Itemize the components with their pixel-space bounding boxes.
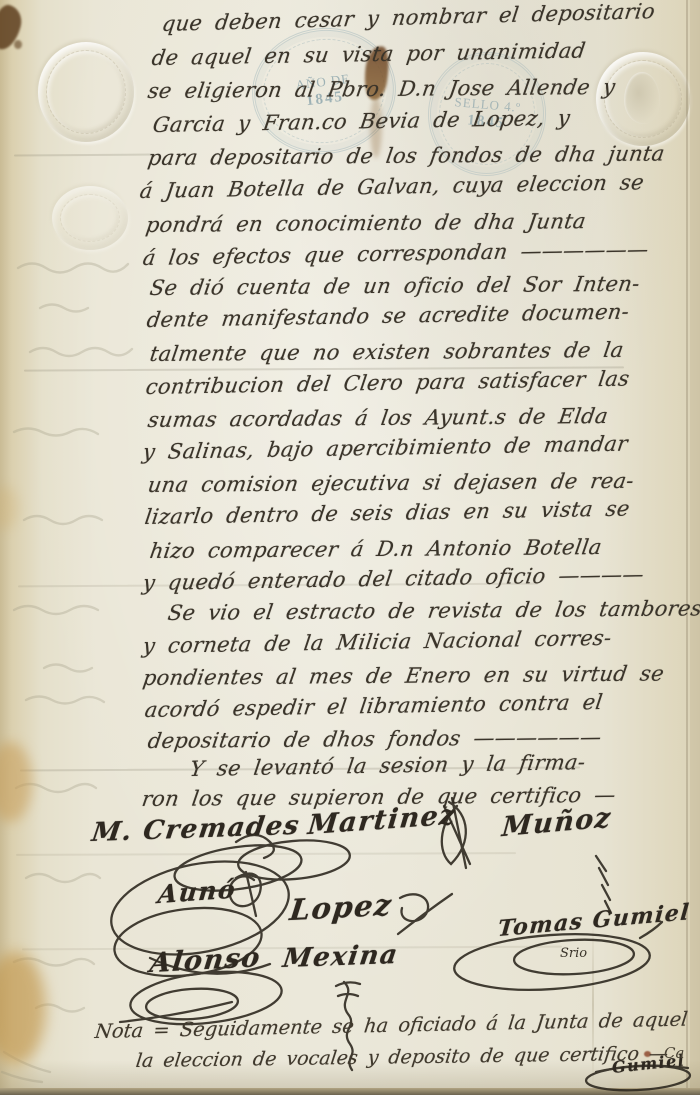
manuscript-line: que deben cesar y nombrar el depositario [160, 0, 656, 36]
manuscript-line: para depositario de los fondos de dha ju… [146, 141, 666, 170]
page-right-margin-edge [690, 0, 700, 1095]
ink-blot-dot [14, 40, 22, 49]
embossed-seal-top-left [38, 42, 134, 142]
manuscript-line: se eligieron al Pbro. D.n Jose Allende y [146, 75, 617, 103]
page-right-edge-line [686, 0, 688, 1095]
manuscript-line: lizarlo dentro de seis dias en su vista … [143, 497, 631, 530]
signature: Alonso [148, 942, 263, 979]
manuscript-line: contribucion del Clero para satisfacer l… [144, 367, 631, 400]
manuscript-line: Se dió cuenta de un oficio del Sor Inten… [148, 272, 641, 300]
signature: Lopez [288, 888, 395, 928]
manuscript-line: sumas acordadas á los Ayunt.s de Elda [146, 404, 610, 432]
bottom-page-edge [0, 1088, 700, 1095]
foxing-stain [0, 742, 32, 822]
manuscript-line: y Salinas, bajo apercibimiento de mandar [141, 432, 629, 465]
signature: Tomas Gumiel [497, 899, 691, 942]
signature: Aunó [156, 874, 237, 909]
foxing-stain-large [0, 952, 46, 1064]
embossed-seal-portrait [596, 52, 690, 146]
bleed-ruled-line [14, 154, 154, 157]
manuscript-line: y corneta de la Milicia Nacional corres- [141, 626, 613, 658]
signature: M. Cremades [90, 811, 302, 848]
catchword: Ca [664, 1044, 684, 1062]
signature: Mexina [281, 940, 401, 974]
manuscript-line: pondrá en conocimiento de dha Junta [144, 209, 588, 237]
embossed-seal-left-faint [52, 186, 128, 250]
signature: Muñoz [501, 802, 613, 843]
signature-title: Srio [560, 946, 587, 961]
manuscript-page: AÑO DE 1845 SELLO 4.º 1845 [0, 0, 700, 1095]
manuscript-line: á los efectos que correspondan —————— [141, 237, 650, 270]
note-line: Nota = Seguidamente se ha oficiado á la … [94, 1008, 689, 1043]
manuscript-line: talmente que no existen sobrantes de la [148, 338, 625, 366]
manuscript-line: Se vio el estracto de revista de los tam… [166, 596, 700, 625]
manuscript-line: acordó espedir el libramiento contra el [143, 690, 604, 722]
manuscript-line: dente manifestando se acredite documen- [145, 300, 631, 332]
manuscript-line: una comision ejecutiva si dejasen de rea… [146, 469, 635, 497]
bleed-ruled-line [16, 852, 516, 856]
manuscript-line: á Juan Botella de Galvan, cuya eleccion … [138, 170, 645, 203]
manuscript-line: depositario de dhos fondos —————— [146, 725, 603, 753]
manuscript-line: y quedó enterado del citado oficio ———— [141, 562, 645, 595]
manuscript-line: Y se levantó la sesion y la firma- [188, 750, 587, 781]
foxing-stain-small [0, 486, 18, 530]
manuscript-line: hizo comparecer á D.n Antonio Botella [148, 535, 603, 563]
manuscript-line: pondientes al mes de Enero en su virtud … [141, 661, 666, 690]
